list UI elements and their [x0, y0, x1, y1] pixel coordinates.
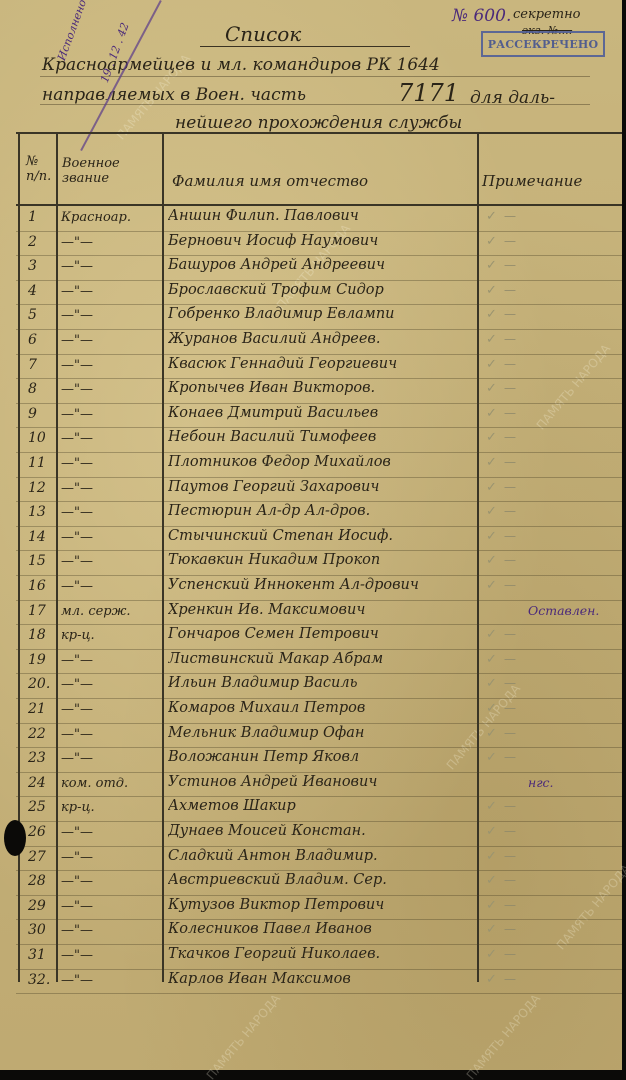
row-rank: мл. серж. — [61, 604, 161, 619]
table-row: 8 —"— Кропычев Иван Викторов. ✓ — — [16, 378, 622, 404]
row-number: 29 — [28, 898, 64, 914]
row-full-name: Гончаров Семен Петрович — [168, 626, 480, 642]
header-rank: Военное звание — [62, 156, 160, 186]
row-full-name: Башуров Андрей Андреевич — [168, 257, 480, 273]
row-full-name: Пестюрин Ал-др Ал-дров. — [168, 503, 480, 519]
row-number: 2 — [28, 234, 64, 250]
personnel-table: № п/п. Военное звание Фамилия имя отчест… — [16, 132, 622, 982]
row-number: 30 — [28, 922, 64, 938]
row-dash: — — [504, 578, 514, 592]
row-dash: — — [504, 430, 514, 444]
row-dash: — — [504, 529, 514, 543]
row-full-name: Небоин Василий Тимофеев — [168, 429, 480, 445]
row-full-name: Австриевский Владим. Сер. — [168, 872, 480, 888]
row-number: 31 — [28, 947, 64, 963]
row-rank: —"— — [61, 431, 161, 446]
table-row: 14 —"— Стычинский Степан Иосиф. ✓ — — [16, 526, 622, 552]
row-rank: —"— — [61, 333, 161, 348]
row-number: 17 — [28, 603, 64, 619]
check-mark-icon: ✓ — [486, 455, 500, 470]
row-dash: — — [504, 824, 514, 838]
row-full-name: Стычинский Степан Иосиф. — [168, 528, 480, 544]
header-name: Фамилия имя отчество — [172, 174, 368, 189]
check-mark-icon: ✓ — [486, 922, 500, 937]
table-row: 25 кр-ц. Ахметов Шакир ✓ — — [16, 796, 622, 822]
row-dash: — — [504, 947, 514, 961]
row-full-name: Паутов Георгий Захарович — [168, 479, 480, 495]
row-dash: — — [504, 381, 514, 395]
row-number: 23 — [28, 750, 64, 766]
table-row: 19 —"— Листвинский Макар Абрам ✓ — — [16, 649, 622, 675]
table-row: 5 —"— Гобренко Владимир Евлампи ✓ — — [16, 304, 622, 330]
table-row: 24 ком. отд. Устинов Андрей Иванович нгс… — [16, 772, 622, 798]
check-mark-icon: ✓ — [486, 849, 500, 864]
paper-damage — [4, 820, 26, 856]
classification-label: секретно — [513, 8, 580, 22]
row-rank: —"— — [61, 308, 161, 323]
heading-line-2-text: направляемых в Воен. часть — [42, 85, 306, 105]
watermark: ПАМЯТЬ НАРОДА — [464, 992, 543, 1080]
row-number: 27 — [28, 849, 64, 865]
title-underline — [200, 46, 410, 47]
check-mark-icon: ✓ — [486, 947, 500, 962]
table-row: 1 Красноар. Аншин Филип. Павлович ✓ — — [16, 206, 622, 232]
row-number: 28 — [28, 873, 64, 889]
row-full-name: Успенский Иннокент Ал-дрович — [168, 577, 480, 593]
row-rank: —"— — [61, 850, 161, 865]
row-dash: — — [504, 849, 514, 863]
row-rank: —"— — [61, 358, 161, 373]
check-mark-icon: ✓ — [486, 578, 500, 593]
table-row: 16 —"— Успенский Иннокент Ал-дрович ✓ — — [16, 575, 622, 601]
heading-line-3: нейшего прохождения службы — [175, 113, 462, 133]
row-number: 19 — [28, 652, 64, 668]
row-note: нгс. — [528, 775, 618, 790]
row-full-name: Бернович Иосиф Наумович — [168, 233, 480, 249]
row-rank: —"— — [61, 579, 161, 594]
row-rank: —"— — [61, 653, 161, 668]
row-rank: —"— — [61, 973, 161, 988]
check-mark-icon: ✓ — [486, 209, 500, 224]
check-mark-icon: ✓ — [486, 553, 500, 568]
table-top-border — [16, 132, 622, 134]
row-number: 25 — [28, 799, 64, 815]
check-mark-icon: ✓ — [486, 726, 500, 741]
table-row: 12 —"— Паутов Георгий Захарович ✓ — — [16, 477, 622, 503]
check-mark-icon: ✓ — [486, 283, 500, 298]
table-row: 23 —"— Воложанин Петр Яковл ✓ — — [16, 747, 622, 773]
check-mark-icon: ✓ — [486, 381, 500, 396]
row-full-name: Ахметов Шакир — [168, 798, 480, 814]
table-row: 26 —"— Дунаев Моисей Констан. ✓ — — [16, 821, 622, 847]
row-rank: —"— — [61, 259, 161, 274]
row-rank: кр-ц. — [61, 628, 161, 643]
row-rank: —"— — [61, 751, 161, 766]
row-rank: —"— — [61, 825, 161, 840]
row-full-name: Ильин Владимир Василь — [168, 675, 480, 691]
table-row: 32. —"— Карлов Иван Максимов ✓ — — [16, 969, 622, 995]
row-number: 9 — [28, 406, 64, 422]
row-full-name: Кутузов Виктор Петрович — [168, 897, 480, 913]
heading-line-2: направляемых в Воен. часть — [42, 85, 306, 105]
header-number: № п/п. — [26, 154, 54, 184]
table-row: 15 —"— Тюкавкин Никадим Прокоп ✓ — — [16, 550, 622, 576]
check-mark-icon: ✓ — [486, 504, 500, 519]
row-full-name: Хренкин Ив. Максимович — [168, 602, 480, 618]
header-note: Примечание — [482, 174, 582, 189]
row-full-name: Журанов Василий Андреев. — [168, 331, 480, 347]
row-rank: —"— — [61, 899, 161, 914]
row-full-name: Комаров Михаил Петров — [168, 700, 480, 716]
check-mark-icon: ✓ — [486, 332, 500, 347]
row-rank: кр-ц. — [61, 800, 161, 815]
row-full-name: Мельник Владимир Офан — [168, 725, 480, 741]
row-rank: —"— — [61, 554, 161, 569]
check-mark-icon: ✓ — [486, 258, 500, 273]
table-row: 21 —"— Комаров Михаил Петров ✓ — — [16, 698, 622, 724]
table-row: 6 —"— Журанов Василий Андреев. ✓ — — [16, 329, 622, 355]
declassified-stamp: РАССЕКРЕЧЕНО — [481, 31, 605, 57]
table-row: 9 —"— Конаев Дмитрий Васильев ✓ — — [16, 403, 622, 429]
row-full-name: Тюкавкин Никадим Прокоп — [168, 552, 480, 568]
row-full-name: Кропычев Иван Викторов. — [168, 380, 480, 396]
row-rank: —"— — [61, 505, 161, 520]
row-number: 11 — [28, 455, 64, 471]
row-rank: Красноар. — [61, 210, 161, 225]
row-dash: — — [504, 972, 514, 986]
check-mark-icon: ✓ — [486, 430, 500, 445]
check-mark-icon: ✓ — [486, 898, 500, 913]
check-mark-icon: ✓ — [486, 799, 500, 814]
row-full-name: Брославский Трофим Сидор — [168, 282, 480, 298]
row-number: 22 — [28, 726, 64, 742]
table-row: 30 —"— Колесников Павел Иванов ✓ — — [16, 919, 622, 945]
row-rank: —"— — [61, 874, 161, 889]
table-row: 31 —"— Ткачков Георгий Николаев. ✓ — — [16, 944, 622, 970]
row-number: 32. — [28, 972, 64, 988]
row-full-name: Конаев Дмитрий Васильев — [168, 405, 480, 421]
row-full-name: Устинов Андрей Иванович — [168, 774, 480, 790]
row-rank: —"— — [61, 530, 161, 545]
document-page: ПАМЯТЬ НАРОДА ПАМЯТЬ НАРОДА ПАМЯТЬ НАРОД… — [0, 0, 622, 1070]
row-rank: ком. отд. — [61, 776, 161, 791]
row-rank: —"— — [61, 456, 161, 471]
row-rank: —"— — [61, 727, 161, 742]
row-rank: —"— — [61, 407, 161, 422]
check-mark-icon: ✓ — [486, 627, 500, 642]
row-rank: —"— — [61, 923, 161, 938]
row-number: 1 — [28, 209, 64, 225]
row-full-name: Листвинский Макар Абрам — [168, 651, 480, 667]
watermark: ПАМЯТЬ НАРОДА — [204, 992, 283, 1080]
table-row: 10 —"— Небоин Василий Тимофеев ✓ — — [16, 427, 622, 453]
table-row: 4 —"— Брославский Трофим Сидор ✓ — — [16, 280, 622, 306]
check-mark-icon: ✓ — [486, 972, 500, 987]
row-full-name: Колесников Павел Иванов — [168, 921, 480, 937]
row-dash: — — [504, 455, 514, 469]
military-unit-number: 7171 — [398, 79, 459, 107]
document-title: Список — [225, 22, 301, 46]
row-full-name: Карлов Иван Максимов — [168, 971, 480, 987]
row-dash: — — [504, 726, 514, 740]
table-row: 3 —"— Башуров Андрей Андреевич ✓ — — [16, 255, 622, 281]
row-dash: — — [504, 701, 514, 715]
row-dash: — — [504, 799, 514, 813]
row-dash: — — [504, 357, 514, 371]
row-dash: — — [504, 307, 514, 321]
row-dash: — — [504, 283, 514, 297]
row-rank: —"— — [61, 677, 161, 692]
row-rank: —"— — [61, 481, 161, 496]
row-full-name: Квасюк Геннадий Георгиевич — [168, 356, 480, 372]
table-row: 7 —"— Квасюк Геннадий Георгиевич ✓ — — [16, 354, 622, 380]
row-number: 12 — [28, 480, 64, 496]
row-dash: — — [504, 652, 514, 666]
check-mark-icon: ✓ — [486, 234, 500, 249]
row-number: 20. — [28, 676, 64, 692]
margin-note: Исполнено — [55, 0, 89, 62]
row-full-name: Сладкий Антон Владимир. — [168, 848, 480, 864]
row-dash: — — [504, 922, 514, 936]
row-dash: — — [504, 406, 514, 420]
check-mark-icon: ✓ — [486, 750, 500, 765]
table-row: 11 —"— Плотников Федор Михайлов ✓ — — [16, 452, 622, 478]
row-rank: —"— — [61, 702, 161, 717]
row-dash: — — [504, 627, 514, 641]
row-full-name: Дунаев Моисей Констан. — [168, 823, 480, 839]
table-row: 17 мл. серж. Хренкин Ив. Максимович Оста… — [16, 600, 622, 626]
row-number: 26 — [28, 824, 64, 840]
check-mark-icon: ✓ — [486, 824, 500, 839]
row-dash: — — [504, 209, 514, 223]
row-number: 10 — [28, 430, 64, 446]
ruled-line — [40, 76, 590, 77]
table-row: 13 —"— Пестюрин Ал-др Ал-дров. ✓ — — [16, 501, 622, 527]
row-number: 18 — [28, 627, 64, 643]
row-full-name: Ткачков Георгий Николаев. — [168, 946, 480, 962]
row-number: 16 — [28, 578, 64, 594]
row-rank: —"— — [61, 284, 161, 299]
table-row: 18 кр-ц. Гончаров Семен Петрович ✓ — — [16, 624, 622, 650]
check-mark-icon: ✓ — [486, 529, 500, 544]
row-dash: — — [504, 234, 514, 248]
row-rank: —"— — [61, 948, 161, 963]
table-row: 20. —"— Ильин Владимир Василь ✓ — — [16, 673, 622, 699]
row-dash: — — [504, 873, 514, 887]
check-mark-icon: ✓ — [486, 701, 500, 716]
table-row: 28 —"— Австриевский Владим. Сер. ✓ — — [16, 870, 622, 896]
row-number: 8 — [28, 381, 64, 397]
row-number: 14 — [28, 529, 64, 545]
row-full-name: Аншин Филип. Павлович — [168, 208, 480, 224]
check-mark-icon: ✓ — [486, 676, 500, 691]
check-mark-icon: ✓ — [486, 873, 500, 888]
table-row: 27 —"— Сладкий Антон Владимир. ✓ — — [16, 846, 622, 872]
row-dash: — — [504, 898, 514, 912]
check-mark-icon: ✓ — [486, 307, 500, 322]
check-mark-icon: ✓ — [486, 652, 500, 667]
row-number: 3 — [28, 258, 64, 274]
row-number: 24 — [28, 775, 64, 791]
row-dash: — — [504, 553, 514, 567]
row-full-name: Воложанин Петр Яковл — [168, 749, 480, 765]
row-note: Оставлен. — [528, 603, 618, 618]
row-dash: — — [504, 676, 514, 690]
row-rank: —"— — [61, 235, 161, 250]
row-dash: — — [504, 258, 514, 272]
check-mark-icon: ✓ — [486, 406, 500, 421]
row-number: 13 — [28, 504, 64, 520]
table-row: 29 —"— Кутузов Виктор Петрович ✓ — — [16, 895, 622, 921]
row-dash: — — [504, 750, 514, 764]
row-dash: — — [504, 332, 514, 346]
table-row: 22 —"— Мельник Владимир Офан ✓ — — [16, 723, 622, 749]
row-dash: — — [504, 504, 514, 518]
table-row: 2 —"— Бернович Иосиф Наумович ✓ — — [16, 231, 622, 257]
row-number: 7 — [28, 357, 64, 373]
check-mark-icon: ✓ — [486, 480, 500, 495]
row-full-name: Плотников Федор Михайлов — [168, 454, 480, 470]
heading-line-2-end: для даль- — [470, 88, 555, 108]
row-number: 4 — [28, 283, 64, 299]
row-dash: — — [504, 480, 514, 494]
document-number: № 600. — [452, 6, 511, 26]
row-number: 6 — [28, 332, 64, 348]
check-mark-icon: ✓ — [486, 357, 500, 372]
row-full-name: Гобренко Владимир Евлампи — [168, 306, 480, 322]
row-rank: —"— — [61, 382, 161, 397]
row-number: 15 — [28, 553, 64, 569]
row-number: 21 — [28, 701, 64, 717]
row-number: 5 — [28, 307, 64, 323]
